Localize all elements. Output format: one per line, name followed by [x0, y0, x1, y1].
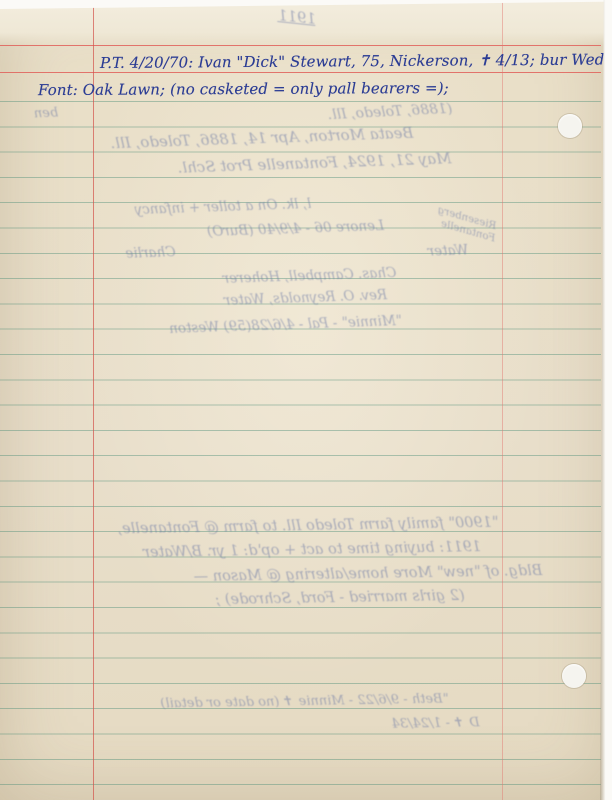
bleed-text-line: l, lk. On a toller + infancy — [98, 195, 348, 220]
bleed-text-line: "Beth - 9/6/22 - Minnie ✝ (no date or de… — [142, 691, 467, 712]
bleed-text-line: May 21, 1924, Fontanelle Prot Schl. — [92, 146, 537, 180]
bleed-text-line: Bldg. of "new" More home/altering @ Maso… — [148, 562, 588, 586]
scanned-note-page: 1911ben(1886, Toledo, Ill.Beata Morton, … — [0, 0, 612, 800]
handwriting-line-1: P.T. 4/20/70: Ivan "Dick" Stewart, 75, N… — [100, 50, 612, 72]
handwriting-line-2: Font: Oak Lawn; (no casketed = only pall… — [38, 79, 449, 99]
hole-punch-top — [558, 114, 582, 138]
bleed-text-line: "Minnie" - Pal - 4/6/28(59) Weston — [98, 310, 473, 339]
bleed-text-line: D ✝ - 1/24/34 — [388, 715, 483, 732]
hole-punch-bottom — [562, 664, 586, 688]
bleed-text-line: Water — [416, 242, 481, 260]
bleed-text-line: (1886, Toledo, Ill. — [300, 99, 481, 124]
bleed-text-line: Beata Morton, Apr 14, 1886, Toledo, Ill. — [52, 122, 472, 155]
bleed-text-line: Charlie — [103, 243, 199, 262]
bleed-text-line: (2 girls married - Ford, Schrode) ; — [190, 587, 490, 608]
bleed-text-line: ben — [26, 105, 66, 121]
bleed-layer: 1911ben(1886, Toledo, Ill.Beata Morton, … — [0, 0, 612, 800]
bleed-text-line: 1911 — [267, 5, 327, 29]
bleed-text-line: 1911: buying time to act + op'd: 1 yr. B… — [42, 537, 582, 562]
bleed-text-line: Rev. O. Reynolds, Water — [168, 285, 443, 311]
bleed-text-line: "1900" family farm Toledo Ill. to farm @… — [28, 513, 588, 539]
bleed-text-line: Lenore 06 - 4/9/40 (BurO) — [168, 217, 423, 242]
